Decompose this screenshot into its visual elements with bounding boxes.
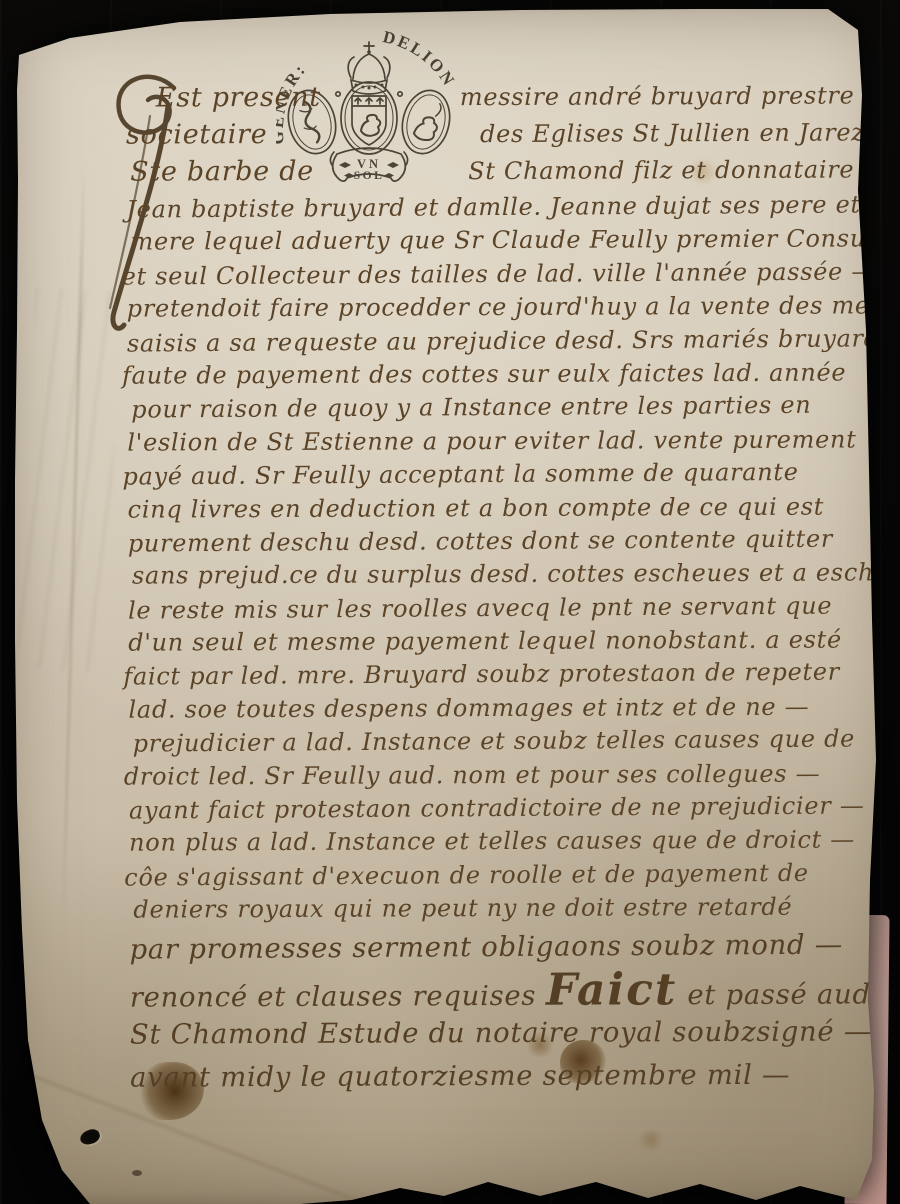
manuscript-line: le reste mis sur les roolles avecq le pn… [128, 589, 870, 628]
closing-formula-line: renoncé et clauses requisesFaictet passé… [130, 967, 872, 1013]
manuscript-line: l'eslion de St Estienne a pour eviter la… [127, 423, 869, 460]
manuscript-line: non plus a lad. Instance et telles cause… [129, 824, 871, 861]
closing-faict-word: Faict [546, 964, 677, 1016]
manuscript-line: Jean baptiste bruyard et damlle. Jeanne … [126, 188, 868, 227]
line-right-segment: St Chamond filz et donnataire de Sr [468, 153, 900, 188]
manuscript-line: St Chamond Estude du notaire royal soubz… [130, 1010, 872, 1056]
manuscript-line: mere lequel aduerty que Sr Claude Feully… [130, 223, 868, 260]
ink-bleedthrough-marks [16, 288, 122, 672]
manuscript-page: GENER: DELION [0, 0, 900, 1204]
manuscript-line: sans prejud.ce du surplus desd. cottes e… [132, 557, 870, 594]
manuscript-line: côe s'agissant d'execuon de roolle et de… [124, 856, 871, 895]
manuscript-line: pour raison de quoy y a Instance entre l… [131, 389, 869, 428]
manuscript-line: saisis a sa requeste au prejudice desd. … [127, 322, 869, 361]
manuscript-line: payé aud. Sr Feully acceptant la somme d… [122, 456, 869, 495]
manuscript-line: par promesses serment obligaons soubz mo… [129, 923, 871, 971]
manuscript-text: Est present messire andré bruyard prestr… [126, 78, 872, 1099]
manuscript-line: pretendoit faire procedder ce jourd'huy … [127, 290, 869, 327]
manuscript-line: faute de payement des cottes sur eulx fa… [122, 356, 869, 393]
closing-pre-text: renoncé et clauses requises [130, 979, 536, 1013]
manuscript-line: ayant faict protestaon contradictoire de… [129, 789, 871, 828]
closing-post-text: et passé aud. [687, 978, 880, 1011]
manuscript-line: lad. soe toutes despens dommages et intz… [128, 690, 870, 727]
line-left-segment: societaire [126, 119, 267, 151]
paper-wrapper: GENER: DELION [0, 0, 900, 1204]
manuscript-line: Est present messire andré bruyard prestr… [126, 78, 868, 118]
manuscript-line: et seul Collecteur des tailles de lad. v… [122, 255, 869, 294]
manuscript-line: droict led. Sr Feully aud. nom et pour s… [124, 757, 871, 794]
manuscript-line: prejudicier a lad. Instance et soubz tel… [133, 723, 871, 762]
worm-hole [78, 1127, 101, 1146]
manuscript-line: faict par led. mre. Bruyard soubz protes… [123, 656, 870, 695]
ink-speck [132, 1170, 142, 1176]
line-left-segment: Est present [156, 82, 321, 114]
paper-stain [638, 1130, 664, 1150]
manuscript-line: deniers royaux qui ne peut ny ne doit es… [133, 891, 871, 928]
line-right-segment: messire andré bruyard prestre — [460, 79, 888, 114]
manuscript-line: cinq livres en deduction et a bon compte… [128, 490, 870, 527]
manuscript-line: d'un seul et mesme payement lequel nonob… [128, 623, 870, 660]
line-right-segment: des Eglises St Jullien en Jarez & de [480, 116, 900, 151]
manuscript-body: Jean baptiste bruyard et damlle. Jeanne … [126, 189, 871, 970]
photographed-manuscript-scene: GENER: DELION [0, 0, 900, 1204]
manuscript-line: avant midy le quatorziesme septembre mil… [130, 1053, 872, 1099]
manuscript-line: Ste barbe de St Chamond filz et donnatai… [126, 152, 868, 192]
manuscript-line: societaire des Eglises St Jullien en Jar… [126, 115, 868, 155]
manuscript-line: purement deschu desd. cottes dont se con… [128, 522, 870, 561]
line-left-segment: Ste barbe de [130, 156, 314, 188]
